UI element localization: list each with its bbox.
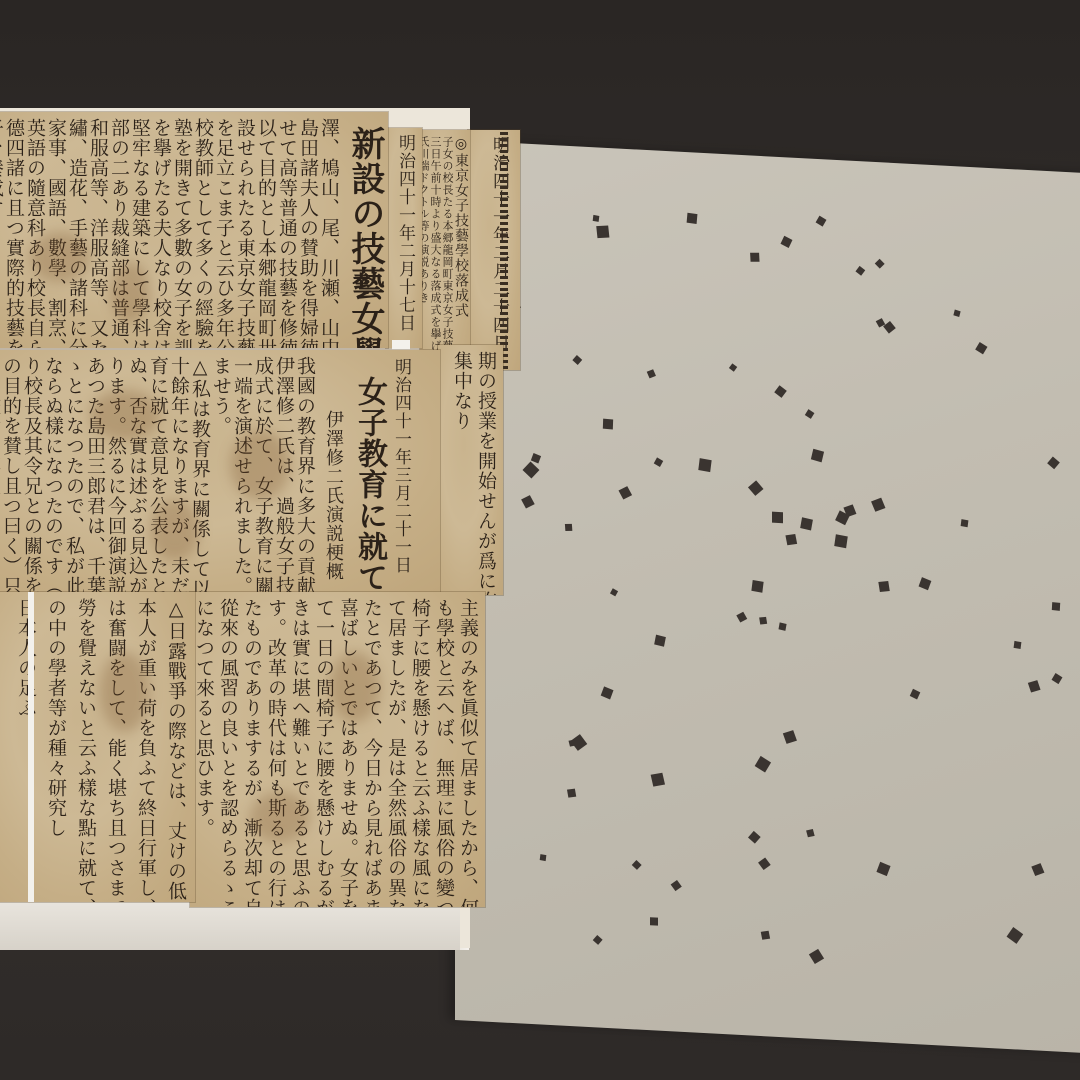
scrapbook: 明治四十一年二月二十四日 ◎東京女子技藝學校落成式 子女の校長たる本郷龍岡町東京… <box>0 0 1080 1080</box>
paper-fleck <box>521 495 534 508</box>
notice-line: ◎東京女子技藝學校落成式 <box>454 136 468 318</box>
paper-fleck <box>1031 863 1044 876</box>
article-text-column: 勞を覺えないと云ふ樣な點に就て、世 <box>75 598 97 902</box>
article-text-column: ませう。 <box>210 356 232 436</box>
paper-fleck <box>523 462 540 479</box>
date-strip-2: 明治四十一年二月十七日 <box>386 128 422 348</box>
paper-fleck <box>573 355 582 364</box>
article-text-column: たものでありまするが、漸次却て自國 <box>241 598 263 907</box>
paper-fleck <box>610 588 618 596</box>
date-strip-1: 明治四十一年二月二十四日 <box>468 130 520 370</box>
founding-notice-clipping: ◎東京女子技藝學校落成式 子女の校長たる本郷龍岡町東京女子技藝學校は廿 三日午前… <box>420 130 470 370</box>
article-text-column: ゝとになつたので、私が此處に立ねば <box>63 356 85 592</box>
article-text-column: り校長及其令兄との關係を叙し、學校 <box>21 356 43 592</box>
article-text-column: あつた島田三郎君は、千葉縣へ赴かる <box>84 356 106 592</box>
paper-fleck <box>670 880 682 892</box>
article-text-column: 主義のみを眞似て居ましたから、何 <box>457 598 479 907</box>
article-text-column: を足立こま子と云ひ多年公私立の女學 <box>213 118 235 348</box>
article-text-column: の中の學者等が種々研究し <box>45 598 67 838</box>
chairs-custom-clipping: 主義のみを眞似て居ましたから、何も學校と云へば、無理に風俗の變つた椅子に腰を懸け… <box>190 592 485 907</box>
paper-fleck <box>780 235 792 247</box>
article-text-column: つて校舍を拝見 <box>0 356 1 496</box>
paper-fleck <box>953 309 960 317</box>
paper-fleck <box>856 266 865 275</box>
paper-fleck <box>531 453 541 463</box>
paper-fleck <box>975 341 987 353</box>
womens-education-clipping: 明治四十一年三月二十一日 女子教育に就て（一） 伊澤修二氏演説梗概 我國の教育界… <box>0 350 440 592</box>
paper-fleck <box>782 730 797 744</box>
article-text-column: も學校と云へば、無理に風俗の變つた <box>433 598 455 907</box>
article-text-column: 校教師として多くの經驗を有し其後私 <box>192 118 214 348</box>
paper-fleck <box>632 860 642 870</box>
notice-line: 子女の校長たる本郷龍岡町東京女子技藝學校は廿 <box>441 136 453 370</box>
lecture-headline: 女子教育に就て（一） <box>350 376 388 592</box>
article-text-column: せて高等普通の技藝を修徳せしむるを <box>276 118 298 348</box>
date-text: 明治四十一年三月二十一日 <box>390 358 412 574</box>
paper-fleck <box>1051 673 1062 684</box>
paper-fleck <box>760 931 770 941</box>
paper-fleck <box>834 534 847 548</box>
article-text-column: 本人が重い荷を負ふて終日行軍し、或 <box>135 598 157 902</box>
article-text-column: を擧げたる夫人なり校舍は四十餘坪の <box>150 118 172 348</box>
article-text-column: たとであつて、今日から見ればあまり <box>361 598 383 907</box>
article-text-column: は奮闘をして、能く堪ち且つさまで疲 <box>105 598 127 902</box>
paper-fleck <box>567 788 576 796</box>
article-text-column: △私は教育界に關係して以來、茲に三 <box>189 356 211 592</box>
paper-fleck <box>597 225 610 237</box>
paper-fleck <box>654 457 663 467</box>
date-text: 明治四十一年二月十七日 <box>394 134 416 332</box>
paper-fleck <box>650 917 658 926</box>
paper-fleck <box>772 512 783 523</box>
left-page-bottom-edge <box>0 900 460 950</box>
note-line: 期の授業を開始せんが爲に昨今生徒募 <box>475 351 497 595</box>
paper-fleck <box>686 213 697 225</box>
paper-fleck <box>1027 680 1040 693</box>
paper-fleck <box>875 259 885 269</box>
paper-fleck <box>774 386 787 399</box>
article-text-column: 以て目的とし本郷龍岡町卅四番地に新 <box>255 118 277 348</box>
paper-fleck <box>729 363 738 372</box>
article-headline: 新設の技藝女學校 <box>346 126 384 348</box>
paper-fleck <box>1051 602 1060 611</box>
paper-fleck <box>565 523 573 530</box>
article-text-column: 椅子に腰を懸けると云ふ樣な風になつ <box>409 598 431 907</box>
paper-fleck <box>750 253 760 262</box>
paper-fleck <box>654 635 666 647</box>
paper-fleck <box>878 581 890 592</box>
article-text-column: 子を養成す <box>0 118 4 218</box>
article-text-column: 英語の隨意科あり校長自ら範となり婦 <box>24 118 46 348</box>
article-text-column: △日露戰爭の際などは、丈けの低い日 <box>165 598 187 902</box>
paper-fleck <box>815 216 826 227</box>
paper-fleck <box>1047 456 1060 469</box>
article-text-column: 我國の教育界に多大の貢献をせられた <box>294 356 316 592</box>
paper-fleck <box>785 534 797 546</box>
article-text-column: ならぬ樣になつたのです（と云ふとよ <box>42 356 64 592</box>
paper-fleck <box>737 612 747 622</box>
paper-fleck <box>751 580 764 593</box>
right-page-blank <box>455 140 1080 1057</box>
article-text-column: 設せられたる東京女子技藝學校は校長 <box>234 118 256 348</box>
lecture-subheadline: 伊澤修二氏演説梗概 <box>322 410 344 581</box>
paper-fleck <box>570 734 587 750</box>
article-text-column: て一日の間椅子に腰を懸けしむるが如 <box>313 598 335 907</box>
paper-fleck <box>647 369 656 378</box>
article-text-column: 德四諸に且つ實際的技藝を <box>3 118 25 348</box>
paper-fleck <box>1013 641 1021 649</box>
paper-fleck <box>759 616 767 623</box>
paper-fleck <box>1007 927 1023 943</box>
article-text-column: 澤、鳩山、尾、川瀬、山中、榊原、 <box>318 118 340 348</box>
paper-fleck <box>960 519 968 527</box>
paper-fleck <box>698 458 711 471</box>
wavy-border <box>500 132 508 370</box>
article-text-column: 從來の風習の良いとを認めらるゝこと <box>217 598 239 907</box>
article-text-column: 和服高等、洋服高等、又た技藝部に刺 <box>87 118 109 348</box>
continuation-clipping: 期の授業を開始せんが爲に昨今生徒募 集中なり <box>438 345 503 595</box>
paper-fleck <box>779 623 788 632</box>
note-line: 集中なり <box>451 351 473 431</box>
paper-fold <box>28 592 34 902</box>
paper-fleck <box>592 935 602 945</box>
paper-fleck <box>755 755 771 771</box>
paper-fleck <box>592 215 599 222</box>
article-text-column: きは實に堪へ難いとであると思ふので <box>289 598 311 907</box>
paper-fleck <box>918 577 931 590</box>
paper-fleck <box>748 480 764 496</box>
new-school-article-clipping: 新設の技藝女學校 澤、鳩山、尾、川瀬、山中、榊原、島田諸夫人の賛助を得婦徳を發揮… <box>0 112 388 348</box>
article-text-column: の目的を賛し且つ曰く）只今も <box>0 356 22 592</box>
paper-fleck <box>800 518 813 532</box>
article-text-column: て居ましたが、是は全然風俗の異なつ <box>385 598 407 907</box>
paper-fleck <box>603 419 613 429</box>
paper-fleck <box>748 831 760 843</box>
paper-fleck <box>618 486 632 500</box>
paper-fleck <box>758 857 770 869</box>
paper-fleck <box>910 688 921 699</box>
article-text-column: 喜ばしいとではありませぬ。女子をし <box>337 598 359 907</box>
article-text-column: になつて來ると思ひます。 <box>193 598 215 838</box>
paper-fleck <box>811 449 824 462</box>
notice-line: 三日午前十時より盛大なる落成式を擧げ伊澤修二 <box>429 136 441 370</box>
article-text-column: す。改革の時代は何も斯るとの行はれ <box>265 598 287 907</box>
article-text-column: 塾を開きて多數の女子を訓育し良成績 <box>171 118 193 348</box>
paper-fleck <box>809 949 824 964</box>
article-text-column: 島田諸夫人の賛助を得婦徳を發揮し併 <box>297 118 319 348</box>
paper-fleck <box>805 409 815 419</box>
paper-fleck <box>872 498 886 512</box>
paper-fleck <box>806 829 814 837</box>
paper-fleck <box>876 862 890 876</box>
paper-fleck <box>651 772 665 786</box>
paper-fleck <box>600 686 613 700</box>
paper-fleck <box>539 854 546 861</box>
